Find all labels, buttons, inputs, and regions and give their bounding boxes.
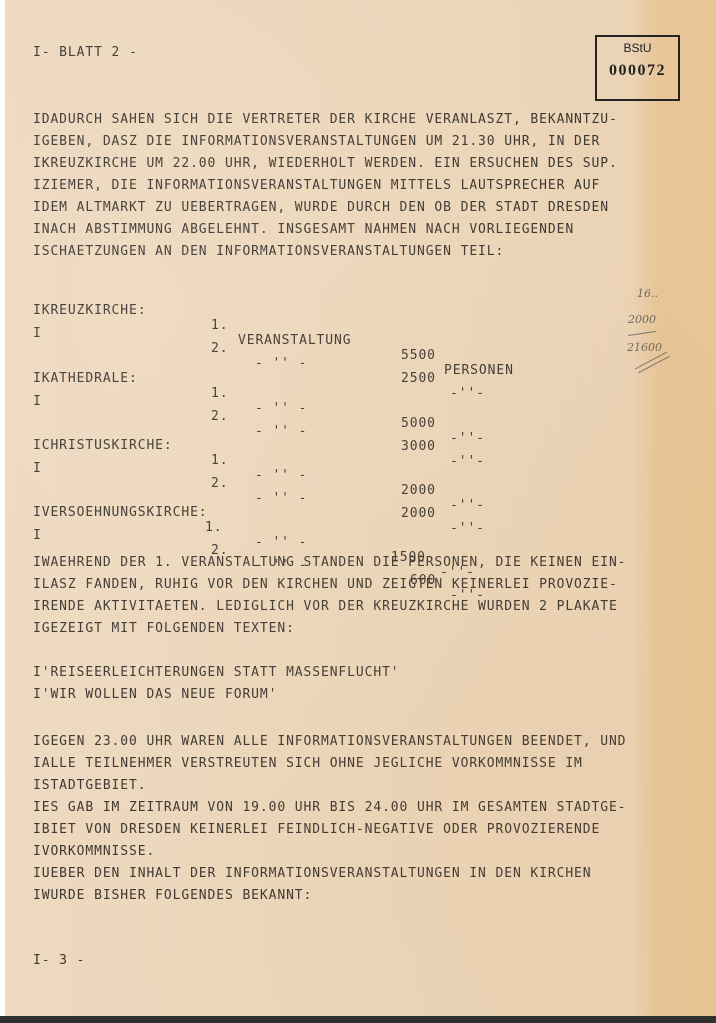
text-line: INACH ABSTIMMUNG ABGELEHNT. INSGESAMT NA…	[33, 222, 574, 238]
placard-text: I'WIR WOLLEN DAS NEUE FORUM'	[33, 687, 277, 703]
text-line: IVORKOMMNISSE.	[33, 844, 155, 860]
text-line: IRENDE AKTIVITAETEN. LEDIGLICH VOR DER K…	[33, 599, 618, 615]
text-line: IZIEMER, DIE INFORMATIONSVERANSTALTUNGEN…	[33, 178, 600, 194]
count-cell: 3000	[401, 439, 436, 454]
text-line: IWURDE BISHER FOLGENDES BEKANNT:	[33, 888, 312, 904]
archive-stamp: BStU 000072	[595, 35, 680, 101]
event-cell: - '' -	[255, 401, 307, 416]
unit-cell: -''-	[450, 431, 485, 446]
event-number-cell: 2.	[211, 409, 228, 424]
text-line: IDEM ALTMARKT ZU UEBERTRAGEN, WURDE DURC…	[33, 200, 609, 216]
event-cell: - '' -	[255, 468, 307, 483]
church-cell: I	[33, 326, 42, 341]
church-cell: I	[33, 461, 42, 476]
document-page: I- BLATT 2 - BStU 000072 IDADURCH SAHEN …	[5, 0, 716, 1016]
unit-cell: -''-	[450, 498, 485, 513]
handwritten-note: 16..	[637, 287, 658, 300]
count-cell: 5500	[401, 348, 436, 363]
event-number-cell: 1.	[211, 318, 228, 333]
text-line: IWAEHREND DER 1. VERANSTALTUNG STANDEN D…	[33, 555, 626, 571]
handwritten-note: 2000	[628, 313, 656, 326]
page-footer: I- 3 -	[33, 953, 85, 969]
text-line: IGEZEIGT MIT FOLGENDEN TEXTEN:	[33, 621, 295, 637]
event-cell: - '' -	[255, 424, 307, 439]
event-number-cell: 2.	[211, 341, 228, 356]
count-cell: 2000	[401, 483, 436, 498]
text-line: ILASZ FANDEN, RUHIG VOR DEN KIRCHEN UND …	[33, 577, 618, 593]
unit-cell: PERSONEN	[444, 363, 514, 378]
text-line: IBIET VON DRESDEN KEINERLEI FEINDLICH-NE…	[33, 822, 600, 838]
text-line: ISTADTGEBIET.	[33, 778, 146, 794]
text-line: IKREUZKIRCHE UM 22.00 UHR, WIEDERHOLT WE…	[33, 156, 618, 172]
sum-line	[628, 331, 656, 336]
unit-cell: -''-	[450, 454, 485, 469]
event-number-cell: 1.	[211, 386, 228, 401]
viewer-bottom-bar	[0, 1016, 716, 1023]
event-cell: - '' -	[255, 356, 307, 371]
text-line: IDADURCH SAHEN SICH DIE VERTRETER DER KI…	[33, 112, 618, 128]
count-cell: 2000	[401, 506, 436, 521]
event-number-cell: 1.	[211, 453, 228, 468]
text-line: IES GAB IM ZEITRAUM VON 19.00 UHR BIS 24…	[33, 800, 626, 816]
event-cell: - '' -	[255, 491, 307, 506]
text-line: IALLE TEILNEHMER VERSTREUTEN SICH OHNE J…	[33, 756, 583, 772]
event-number-cell: 2.	[211, 476, 228, 491]
placard-text: I'REISEERLEICHTERUNGEN STATT MASSENFLUCH…	[33, 665, 400, 681]
text-line: IGEBEN, DASZ DIE INFORMATIONSVERANSTALTU…	[33, 134, 600, 150]
church-cell: I	[33, 528, 42, 543]
text-line: IUEBER DEN INHALT DER INFORMATIONSVERANS…	[33, 866, 592, 882]
event-number-cell: 1.	[205, 520, 222, 535]
event-cell: - '' -	[255, 535, 307, 550]
count-cell: 2500	[401, 371, 436, 386]
text-line: IGEGEN 23.00 UHR WAREN ALLE INFORMATIONS…	[33, 734, 626, 750]
handwritten-total: 21600	[627, 341, 662, 354]
stamp-org: BStU	[597, 41, 678, 55]
event-cell: VERANSTALTUNG	[238, 333, 351, 348]
text-line: ISCHAETZUNGEN AN DEN INFORMATIONSVERANST…	[33, 244, 504, 260]
unit-cell: -''-	[450, 386, 485, 401]
stamp-number: 000072	[597, 62, 678, 80]
page-header: I- BLATT 2 -	[33, 45, 138, 61]
unit-cell: -''-	[450, 521, 485, 536]
church-cell: I	[33, 394, 42, 409]
count-cell: 5000	[401, 416, 436, 431]
